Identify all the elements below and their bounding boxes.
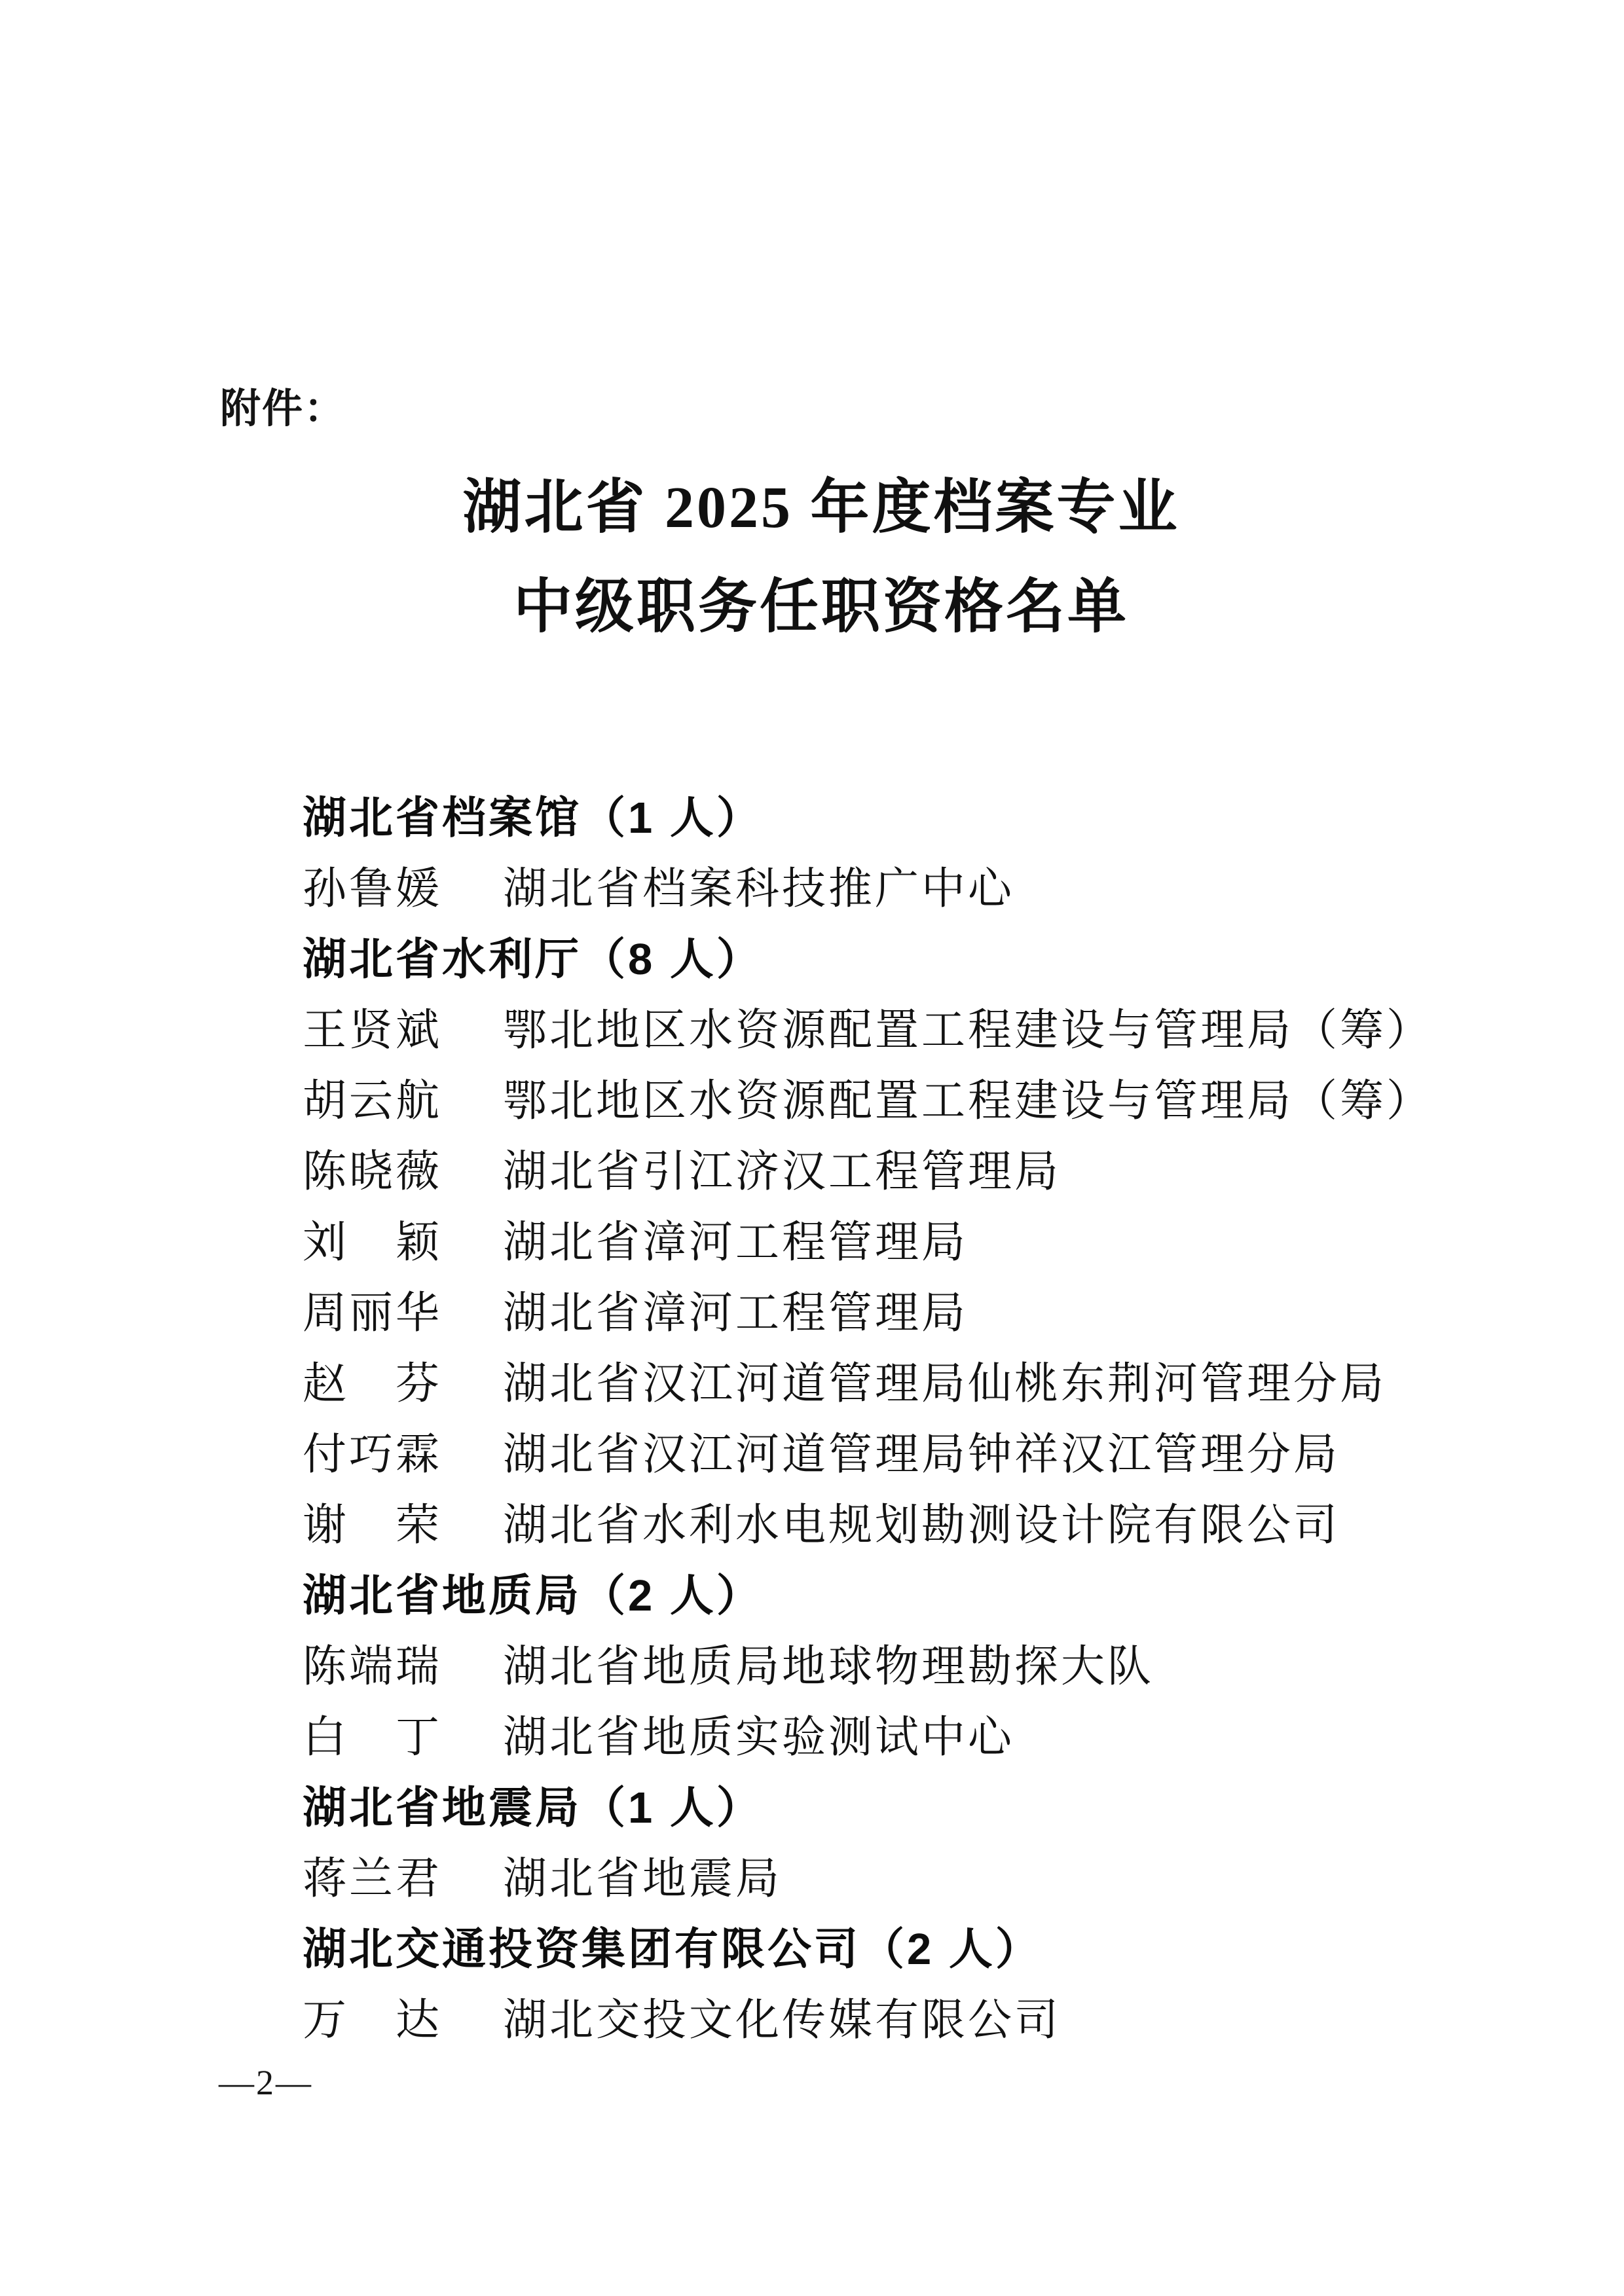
entry-row: 刘 颖湖北省漳河工程管理局 [303, 1207, 1521, 1278]
entry-name: 刘 颖 [303, 1207, 441, 1278]
entry-name: 付巧霖 [303, 1419, 441, 1490]
page-number: —2— [219, 2061, 313, 2104]
entry-name: 陈端瑞 [303, 1631, 441, 1702]
entry-name: 陈晓薇 [303, 1137, 441, 1207]
entry-row: 陈晓薇湖北省引江济汉工程管理局 [303, 1137, 1521, 1207]
entry-org: 湖北省漳河工程管理局 [503, 1207, 968, 1278]
entry-row: 周丽华湖北省漳河工程管理局 [303, 1278, 1521, 1349]
entry-row: 万 达湖北交投文化传媒有限公司 [303, 1985, 1521, 2056]
document-page: 附件： 湖北省 2025 年度档案专业 中级职务任职资格名单 湖北省档案馆（1 … [0, 0, 1624, 2296]
entry-org: 湖北省汉江河道管理局钟祥汉江管理分局 [503, 1419, 1340, 1490]
section-header: 湖北省水利厅（8 人） [303, 924, 1521, 995]
entry-name: 万 达 [303, 1985, 441, 2056]
attachment-label: 附件： [220, 383, 346, 435]
entry-org: 湖北省漳河工程管理局 [503, 1278, 968, 1349]
name-list: 湖北省档案馆（1 人） 孙鲁媛湖北省档案科技推广中心 湖北省水利厅（8 人） 王… [303, 783, 1521, 2056]
document-title: 湖北省 2025 年度档案专业 中级职务任职资格名单 [9, 458, 1624, 657]
entry-org: 鄂北地区水资源配置工程建设与管理局（筹） [503, 1066, 1433, 1137]
document-title-line2: 中级职务任职资格名单 [9, 558, 1624, 657]
entry-name: 白 丁 [303, 1702, 441, 1773]
entry-row: 王贤斌鄂北地区水资源配置工程建设与管理局（筹） [303, 995, 1521, 1066]
entry-row: 谢 荣湖北省水利水电规划勘测设计院有限公司 [303, 1490, 1521, 1561]
section-header: 湖北省档案馆（1 人） [303, 783, 1521, 854]
entry-org: 湖北省汉江河道管理局仙桃东荆河管理分局 [503, 1349, 1386, 1419]
entry-org: 鄂北地区水资源配置工程建设与管理局（筹） [503, 995, 1433, 1066]
entry-name: 胡云航 [303, 1066, 441, 1137]
entry-org: 湖北省水利水电规划勘测设计院有限公司 [503, 1490, 1340, 1561]
entry-org: 湖北省地质实验测试中心 [503, 1702, 1014, 1773]
section-header: 湖北省地质局（2 人） [303, 1561, 1521, 1631]
entry-org: 湖北省地质局地球物理勘探大队 [503, 1631, 1154, 1702]
section-header: 湖北省地震局（1 人） [303, 1773, 1521, 1844]
entry-name: 周丽华 [303, 1278, 441, 1349]
section-header: 湖北交通投资集团有限公司（2 人） [303, 1914, 1521, 1985]
entry-row: 付巧霖湖北省汉江河道管理局钟祥汉江管理分局 [303, 1419, 1521, 1490]
entry-name: 赵 芬 [303, 1349, 441, 1419]
entry-row: 孙鲁媛湖北省档案科技推广中心 [303, 854, 1521, 924]
entry-row: 胡云航鄂北地区水资源配置工程建设与管理局（筹） [303, 1066, 1521, 1137]
entry-name: 王贤斌 [303, 995, 441, 1066]
entry-row: 蒋兰君湖北省地震局 [303, 1844, 1521, 1914]
entry-row: 陈端瑞湖北省地质局地球物理勘探大队 [303, 1631, 1521, 1702]
entry-name: 孙鲁媛 [303, 854, 441, 924]
entry-name: 谢 荣 [303, 1490, 441, 1561]
entry-org: 湖北省地震局 [503, 1844, 782, 1914]
document-title-line1: 湖北省 2025 年度档案专业 [9, 458, 1624, 558]
entry-name: 蒋兰君 [303, 1844, 441, 1914]
entry-row: 白 丁湖北省地质实验测试中心 [303, 1702, 1521, 1773]
entry-org: 湖北省引江济汉工程管理局 [503, 1137, 1061, 1207]
entry-row: 赵 芬湖北省汉江河道管理局仙桃东荆河管理分局 [303, 1349, 1521, 1419]
entry-org: 湖北交投文化传媒有限公司 [503, 1985, 1061, 2056]
entry-org: 湖北省档案科技推广中心 [503, 854, 1014, 924]
